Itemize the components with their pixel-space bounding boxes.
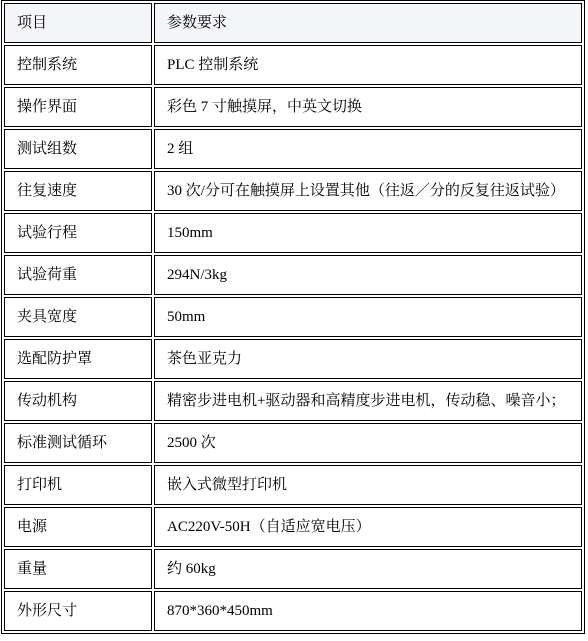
spec-value-cell: 精密步进电机+驱动器和高精度步进电机，传动稳、噪音小；	[154, 381, 582, 421]
spec-label-cell: 控制系统	[4, 45, 152, 85]
spec-value-cell: 294N/3kg	[154, 255, 582, 295]
spec-value-cell: PLC 控制系统	[154, 45, 582, 85]
table-row: 外形尺寸 870*360*450mm	[4, 591, 582, 631]
table-row: 重量 约 60kg	[4, 549, 582, 589]
table-row: 传动机构 精密步进电机+驱动器和高精度步进电机，传动稳、噪音小；	[4, 381, 582, 421]
spec-value-cell: 2500 次	[154, 423, 582, 463]
spec-label-cell: 外形尺寸	[4, 591, 152, 631]
spec-value-cell: 50mm	[154, 297, 582, 337]
table-row: 测试组数 2 组	[4, 129, 582, 169]
table-row: 标准测试循环 2500 次	[4, 423, 582, 463]
spec-label-cell: 电源	[4, 507, 152, 547]
spec-value-cell: 彩色 7 寸触摸屏，中英文切换	[154, 87, 582, 127]
spec-value-cell: 870*360*450mm	[154, 591, 582, 631]
table-row: 选配防护罩 茶色亚克力	[4, 339, 582, 379]
spec-label-cell: 试验行程	[4, 213, 152, 253]
table-row: 试验行程 150mm	[4, 213, 582, 253]
table-row: 打印机 嵌入式微型打印机	[4, 465, 582, 505]
table-row: 往复速度 30 次/分可在触摸屏上设置其他（往返／分的反复往返试验）	[4, 171, 582, 211]
spec-value-cell: 茶色亚克力	[154, 339, 582, 379]
spec-value-cell: 2 组	[154, 129, 582, 169]
spec-label-cell: 测试组数	[4, 129, 152, 169]
spec-label-cell: 试验荷重	[4, 255, 152, 295]
table-row: 电源 AC220V-50H（自适应宽电压）	[4, 507, 582, 547]
spec-label-cell: 往复速度	[4, 171, 152, 211]
table-row: 操作界面 彩色 7 寸触摸屏，中英文切换	[4, 87, 582, 127]
spec-label-cell: 标准测试循环	[4, 423, 152, 463]
spec-label-cell: 传动机构	[4, 381, 152, 421]
spec-value-cell: 30 次/分可在触摸屏上设置其他（往返／分的反复往返试验）	[154, 171, 582, 211]
spec-label-cell: 打印机	[4, 465, 152, 505]
spec-label-cell: 重量	[4, 549, 152, 589]
spec-label-cell: 选配防护罩	[4, 339, 152, 379]
table-header-row: 项目 参数要求	[4, 3, 582, 43]
header-requirement-cell: 参数要求	[154, 3, 582, 43]
spec-label-cell: 夹具宽度	[4, 297, 152, 337]
header-item-cell: 项目	[4, 3, 152, 43]
table-row: 控制系统 PLC 控制系统	[4, 45, 582, 85]
spec-value-cell: 约 60kg	[154, 549, 582, 589]
table-row: 试验荷重 294N/3kg	[4, 255, 582, 295]
table-row: 夹具宽度 50mm	[4, 297, 582, 337]
spec-label-cell: 操作界面	[4, 87, 152, 127]
spec-value-cell: 150mm	[154, 213, 582, 253]
spec-value-cell: AC220V-50H（自适应宽电压）	[154, 507, 582, 547]
spec-table: 项目 参数要求 控制系统 PLC 控制系统 操作界面 彩色 7 寸触摸屏，中英文…	[1, 0, 585, 634]
spec-value-cell: 嵌入式微型打印机	[154, 465, 582, 505]
